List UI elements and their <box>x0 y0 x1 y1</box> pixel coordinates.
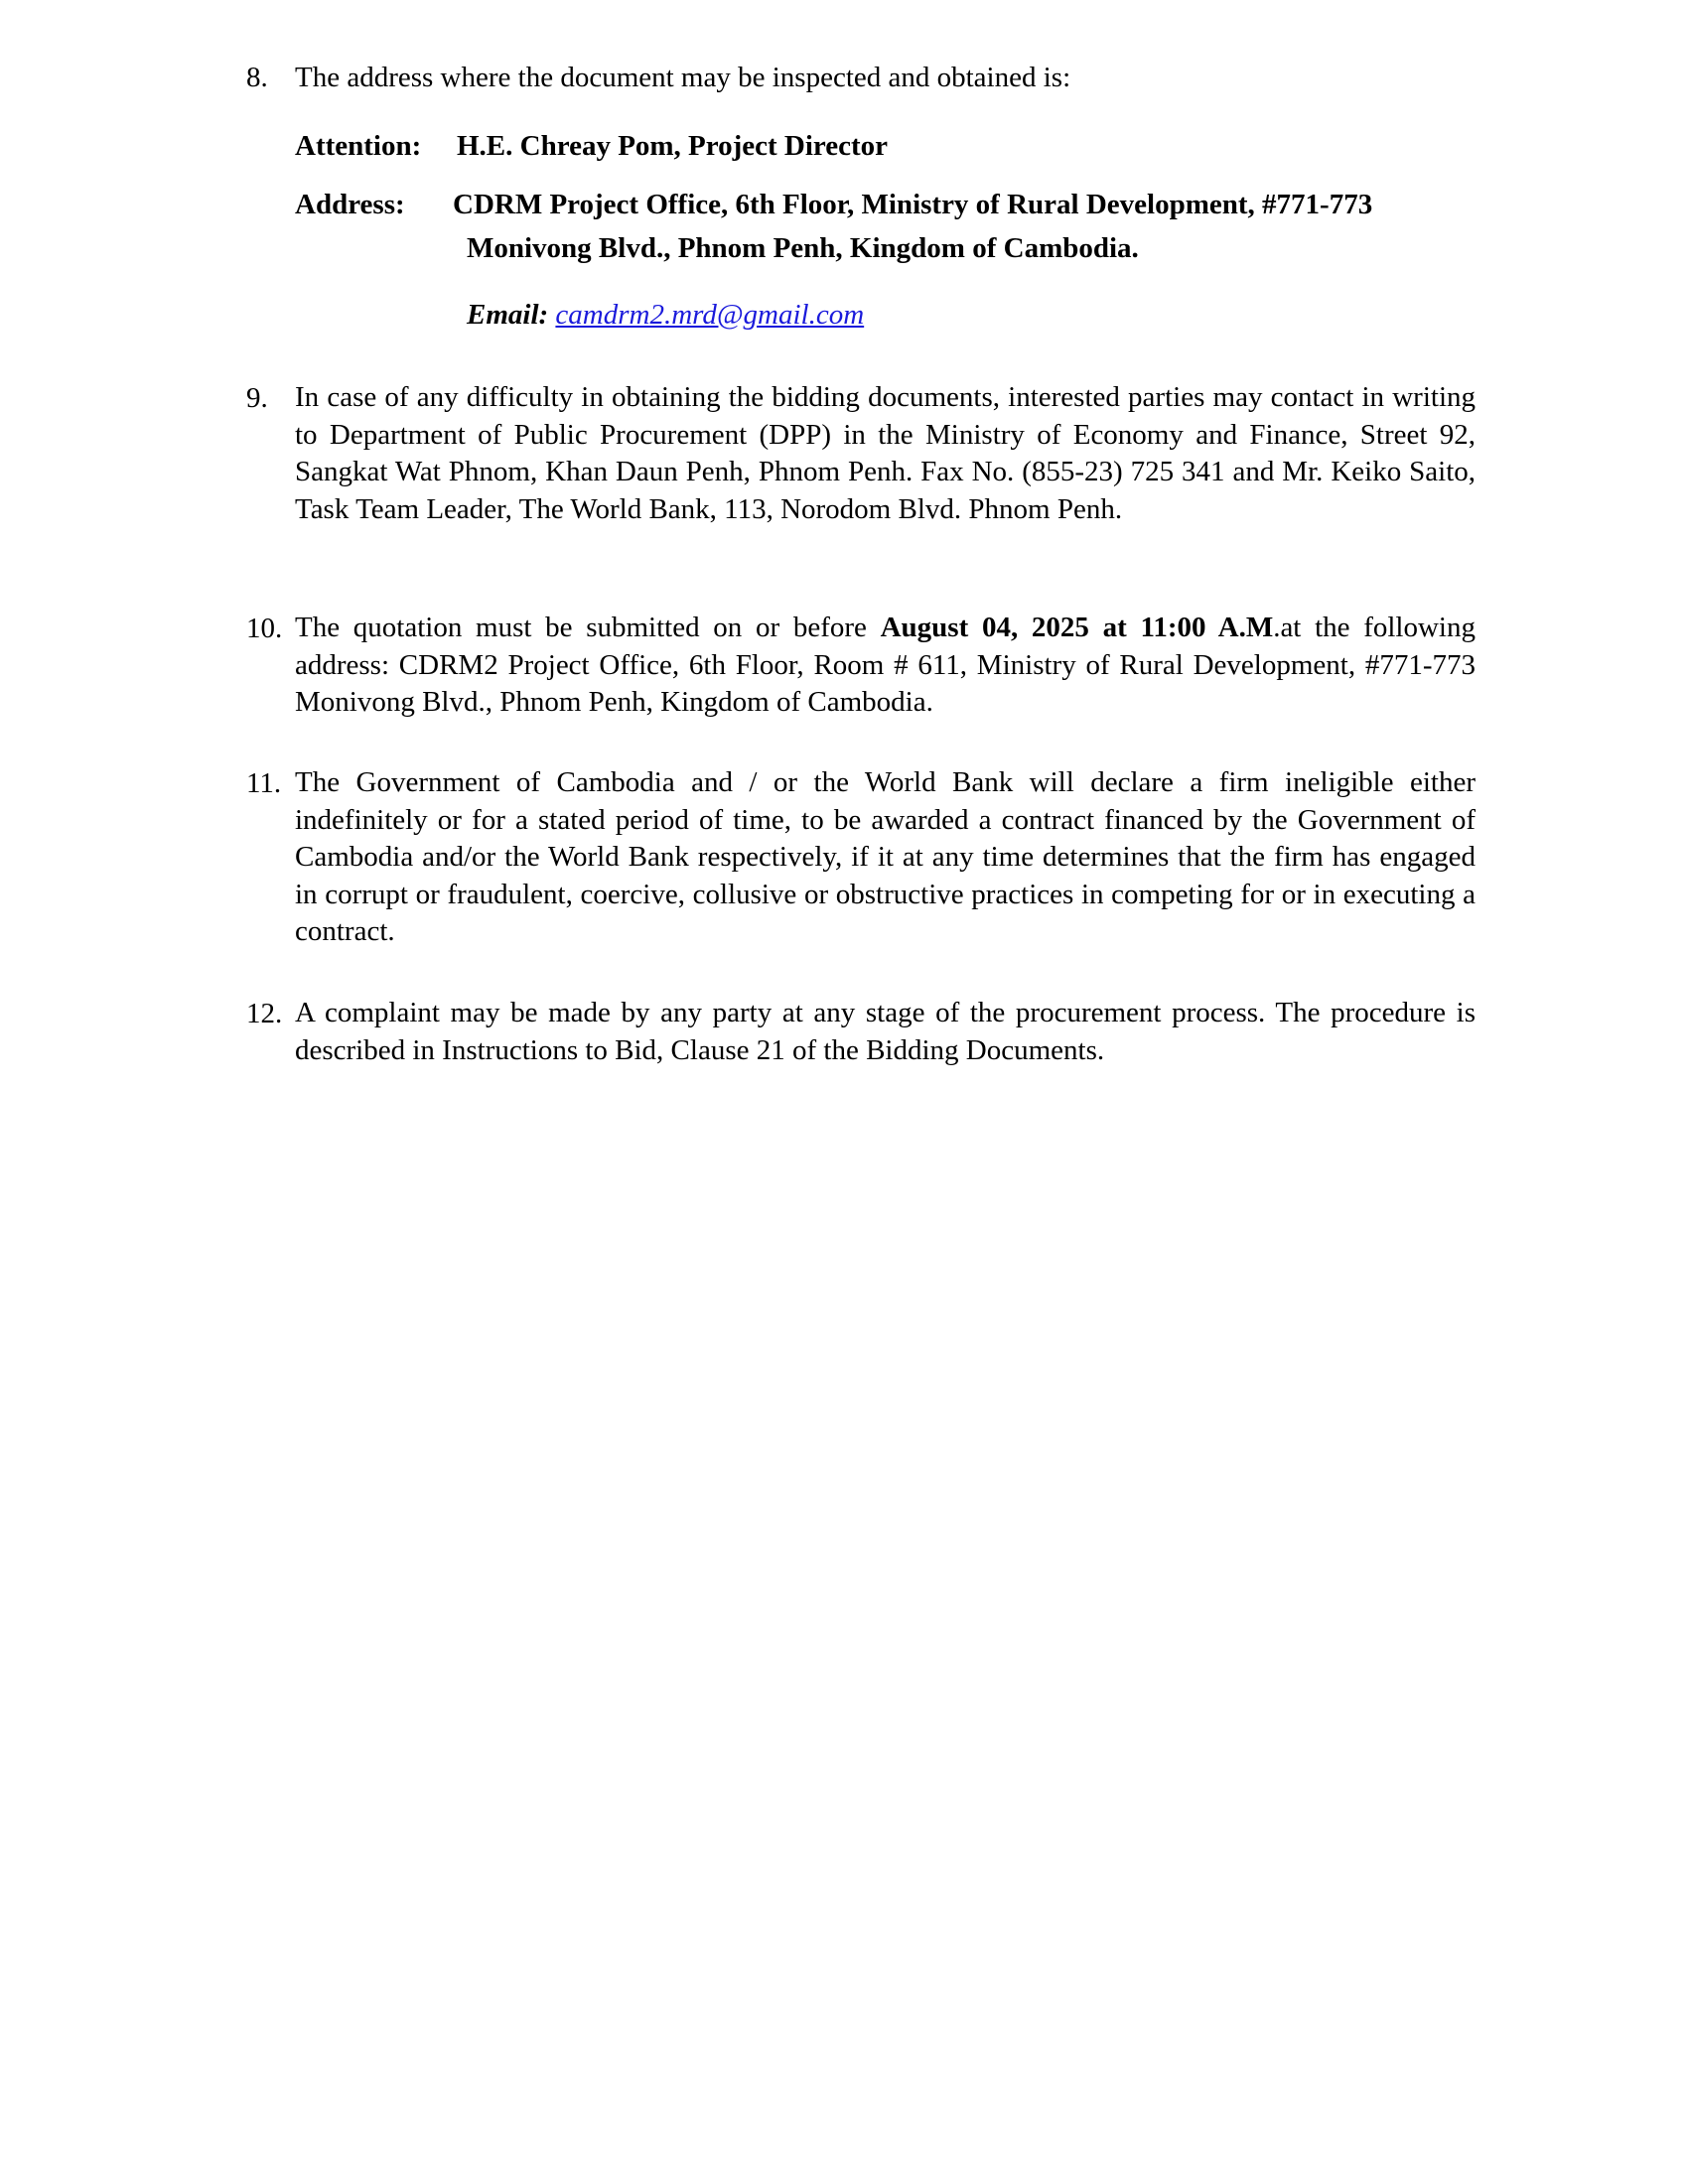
address-label: Address: <box>295 186 405 223</box>
item-11-text: The Government of Cambodia and / or the … <box>295 764 1476 951</box>
email-label: Email: <box>467 299 548 331</box>
item-11-number: 11. <box>246 764 281 802</box>
item-9-text: In case of any difficulty in obtaining t… <box>295 379 1476 528</box>
item-8-text: The address where the document may be in… <box>295 59 1070 96</box>
item-10-text: The quotation must be submitted on or be… <box>295 610 1476 722</box>
item-10-text-before: The quotation must be submitted on or be… <box>295 612 881 643</box>
document-page: 8. The address where the document may be… <box>0 0 1688 2184</box>
attention-value: H.E. Chreay Pom, Project Director <box>457 127 888 165</box>
item-9-number: 9. <box>246 379 268 417</box>
email-row: Email: camdrm2.mrd@gmail.com <box>467 296 864 334</box>
item-12-text: A complaint may be made by any party at … <box>295 995 1476 1069</box>
submission-deadline: August 04, 2025 at 11:00 A.M <box>881 612 1274 643</box>
address-line-2: Monivong Blvd., Phnom Penh, Kingdom of C… <box>467 229 1139 267</box>
attention-label: Attention: <box>295 127 421 165</box>
item-12-number: 12. <box>246 995 282 1032</box>
item-10-number: 10. <box>246 610 282 647</box>
item-8-number: 8. <box>246 59 268 96</box>
email-link[interactable]: camdrm2.mrd@gmail.com <box>555 299 864 331</box>
address-line-1: CDRM Project Office, 6th Floor, Ministry… <box>453 186 1372 223</box>
